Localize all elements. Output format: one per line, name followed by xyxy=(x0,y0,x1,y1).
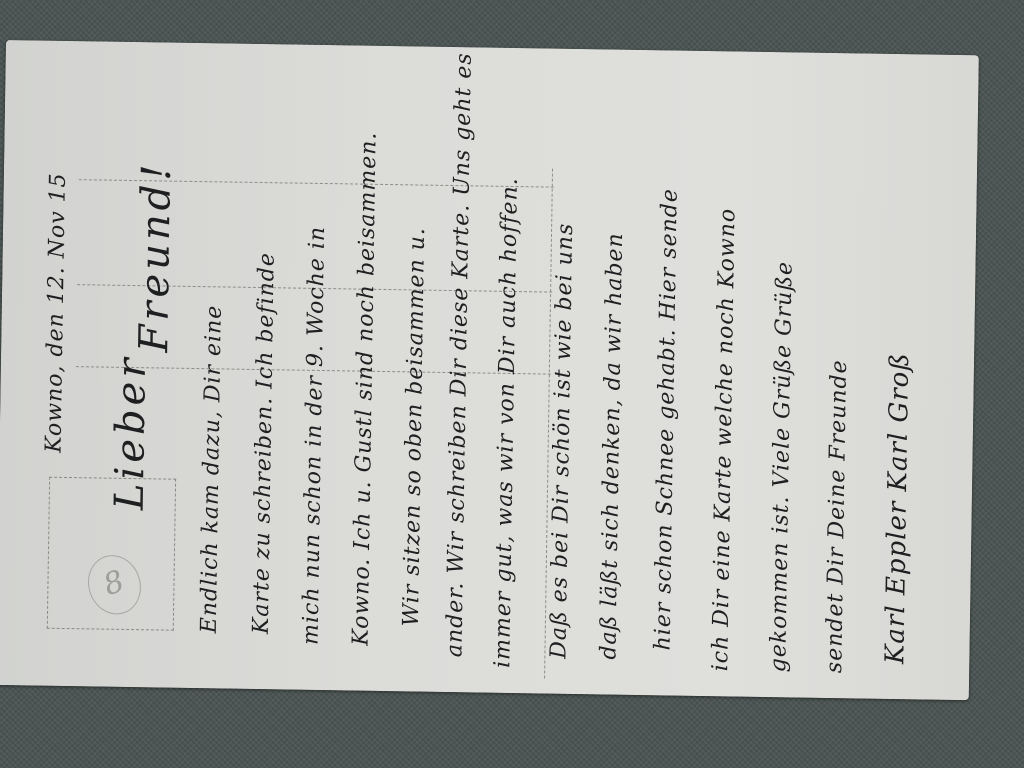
dateline: Kowno, den 12. Nov 15 xyxy=(42,172,71,453)
body-line: Karte zu schreiben. Ich befinde xyxy=(249,252,280,634)
body-line: Wir sitzen so oben beisammen u. xyxy=(399,227,430,627)
body-line: Endlich kam dazu, Dir eine xyxy=(197,305,227,634)
stamp-mark: 8 xyxy=(80,548,149,622)
salutation-lieber: Lieber xyxy=(107,354,155,510)
body-line: sendet Dir Deine Freunde xyxy=(822,359,852,673)
body-line: gekommen ist. Viele Grüße Grüße xyxy=(766,261,797,673)
body-line: daß läßt sich denken, da wir haben xyxy=(596,232,628,660)
body-line: hier schon Schnee gehabt. Hier sende xyxy=(650,188,682,651)
signature-line: Karl Eppler Karl Groß xyxy=(880,352,915,664)
body-line: ander. Wir schreiben Dir diese Karte. Un… xyxy=(442,52,476,657)
postcard: 8 Kowno, den 12. Nov 15 Lieber Freund! E… xyxy=(0,40,979,700)
body-line: ich Dir eine Karte welche noch Kowno xyxy=(708,208,740,672)
salutation-freund: Freund! xyxy=(131,160,180,352)
body-line: Kowno. Ich u. Gustl sind noch beisammen. xyxy=(349,131,382,645)
body-line: mich nun schon in der 9. Woche in xyxy=(299,226,331,645)
body-line: immer gut, was wir von Dir auch hoffen. xyxy=(490,177,523,668)
